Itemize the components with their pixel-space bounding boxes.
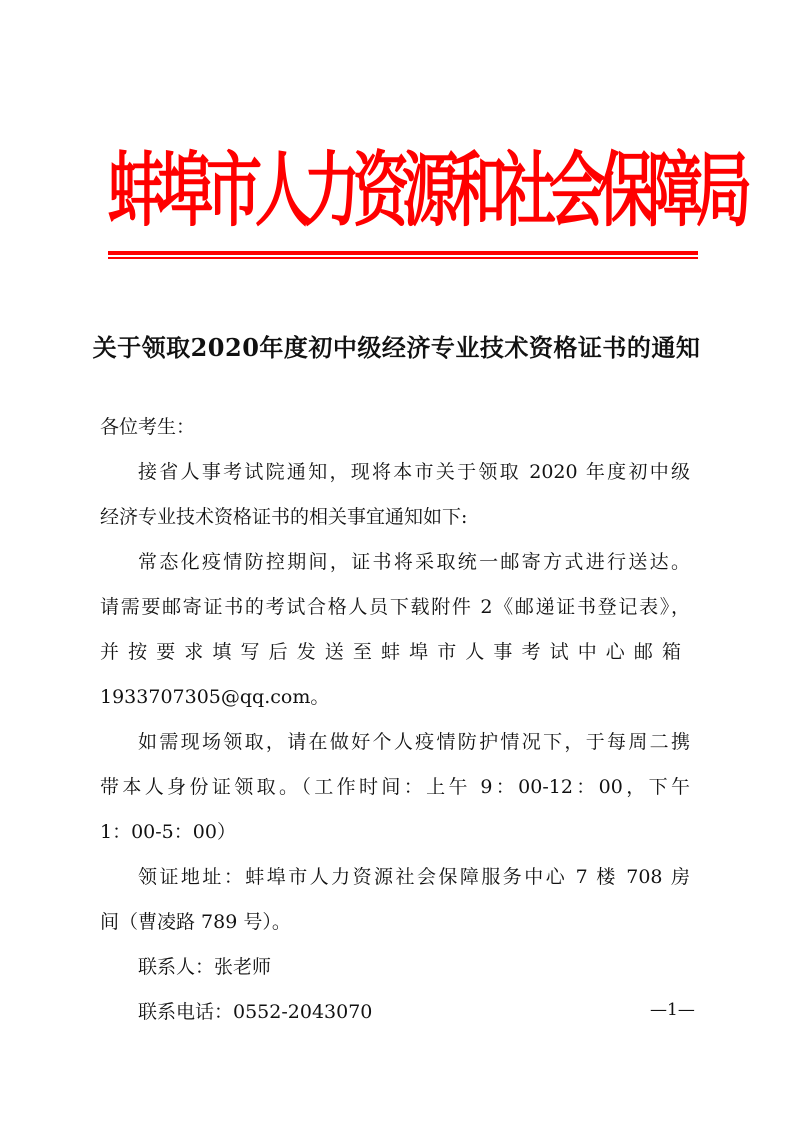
email-line: 1933707305@qq.com。 bbox=[100, 682, 329, 712]
masthead-char: 局 bbox=[696, 130, 745, 252]
contact-phone: 联系电话：0552-2043070 bbox=[138, 997, 372, 1027]
masthead-char: 障 bbox=[647, 130, 696, 252]
paragraph-line: 常态化疫情防控期间，证书将采取统一邮寄方式进行送达。 bbox=[138, 547, 690, 577]
paragraph-line: 间（曹凌路 789 号）。 bbox=[100, 907, 291, 937]
masthead-char: 保 bbox=[598, 130, 647, 252]
document-page: 蚌 埠 市 人 力 资 源 和 社 会 保 障 局 关于领取2020年度初中级经… bbox=[0, 0, 793, 1122]
paragraph-line: 请需要邮寄证书的考试合格人员下载附件 2《邮递证书登记表》， bbox=[100, 592, 690, 622]
document-title: 关于领取2020年度初中级经济专业技术资格证书的通知 bbox=[0, 328, 793, 363]
paragraph-line: 如需现场领取，请在做好个人疫情防护情况下，于每周二携 bbox=[138, 727, 690, 757]
masthead-char: 源 bbox=[402, 130, 451, 252]
masthead-title: 蚌 埠 市 人 力 资 源 和 社 会 保 障 局 bbox=[108, 160, 698, 252]
masthead-char: 社 bbox=[500, 130, 549, 252]
masthead-char: 资 bbox=[353, 130, 402, 252]
paragraph-line: 带本人身份证领取。（工作时间：上午 9：00-12：00，下午 bbox=[100, 772, 690, 802]
paragraph-line: 领证地址：蚌埠市人力资源社会保障服务中心 7 楼 708 房 bbox=[138, 862, 690, 892]
masthead-char: 力 bbox=[304, 130, 353, 252]
masthead-char: 人 bbox=[255, 130, 304, 252]
paragraph-line: 经济专业技术资格证书的相关事宜通知如下: bbox=[100, 502, 467, 532]
paragraph-line: 1：00-5：00） bbox=[100, 817, 236, 847]
masthead-char: 会 bbox=[549, 130, 598, 252]
masthead-rule-thin bbox=[108, 257, 698, 259]
page-number: —1— bbox=[650, 1000, 695, 1020]
contact-person: 联系人：张老师 bbox=[138, 952, 271, 982]
masthead-char: 蚌 bbox=[108, 130, 157, 252]
paragraph-line: 接省人事考试院通知，现将本市关于领取 2020 年度初中级 bbox=[138, 457, 690, 487]
masthead-char: 埠 bbox=[157, 130, 206, 252]
paragraph-line: 并按要求填写后发送至蚌埠市人事考试中心邮箱 bbox=[100, 637, 690, 667]
masthead-char: 市 bbox=[206, 130, 255, 252]
masthead-rule-thick bbox=[108, 251, 698, 255]
masthead-char: 和 bbox=[451, 130, 500, 252]
salutation: 各位考生： bbox=[100, 412, 195, 442]
